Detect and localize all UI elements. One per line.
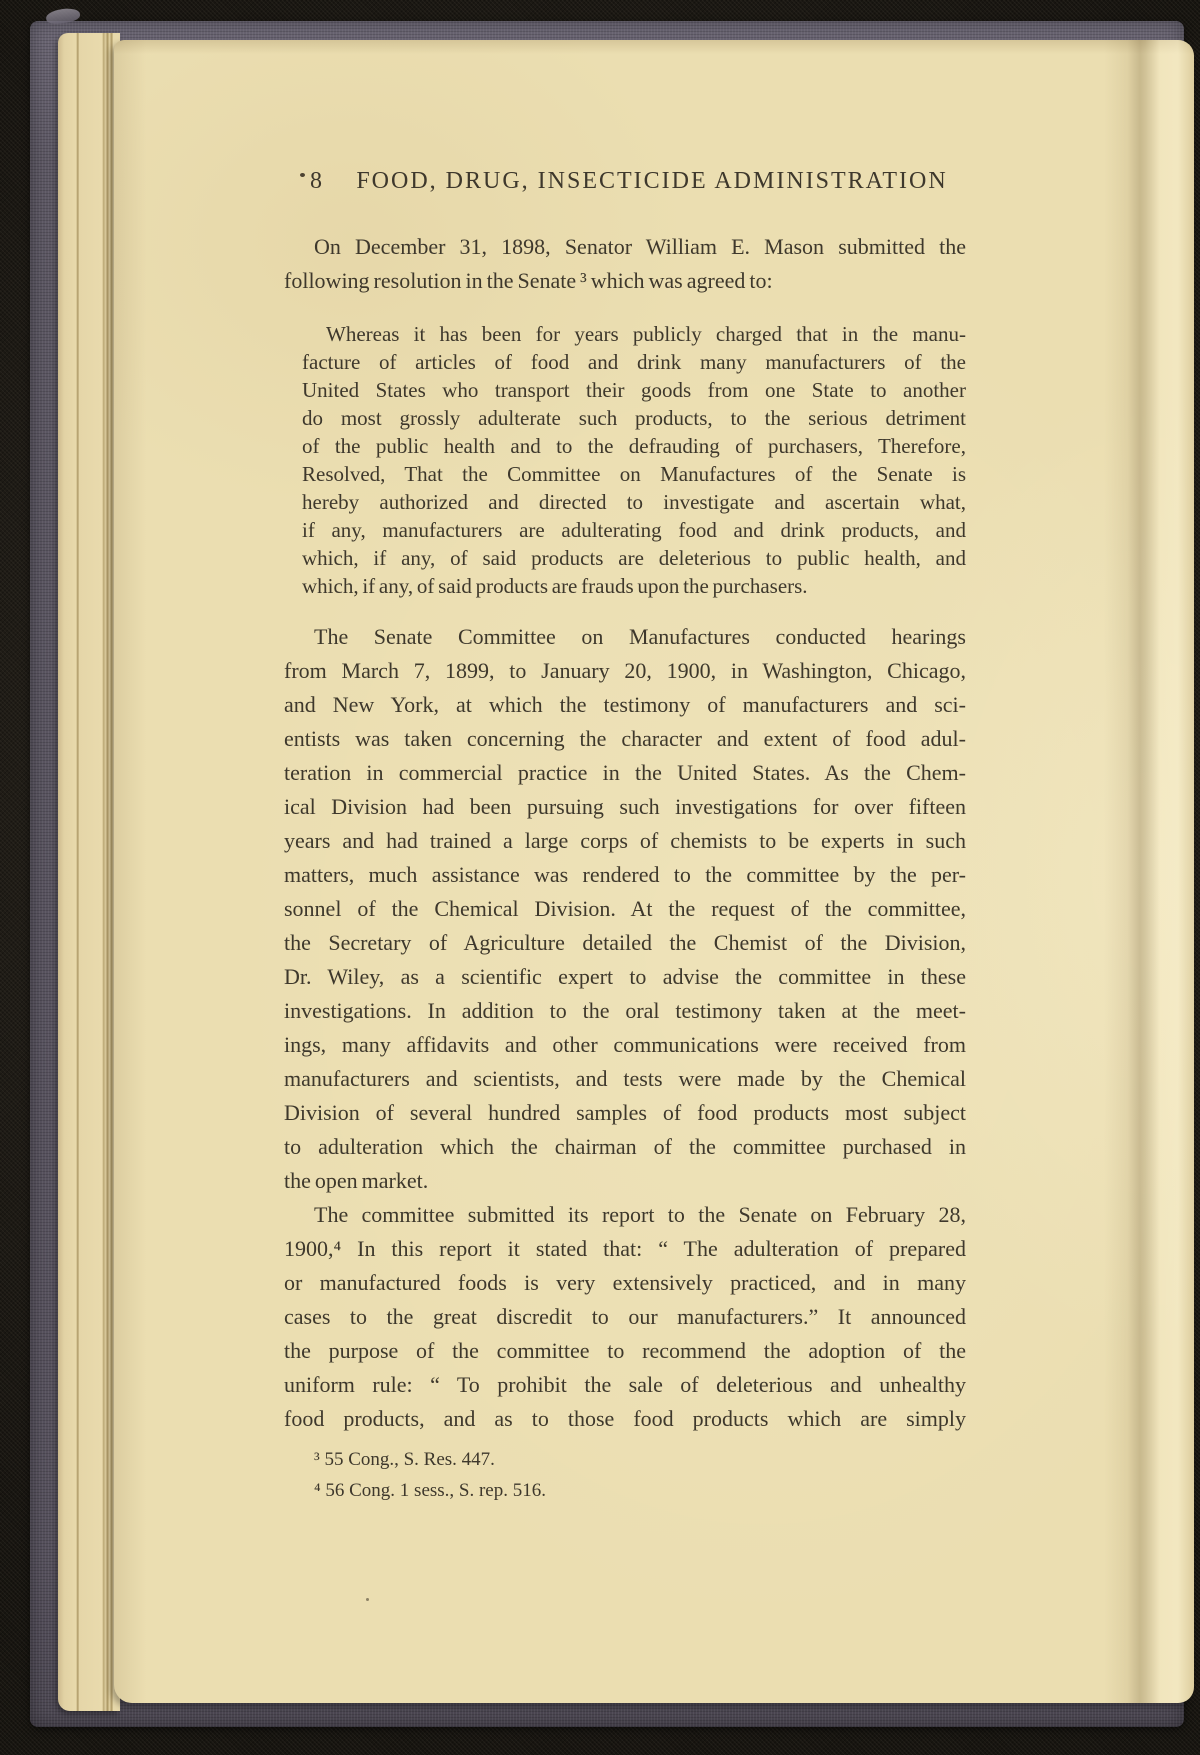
text-line: following resolution in the Senate ³ whi… (284, 264, 966, 298)
text-blocks: On December 31, 1898, Senator William E.… (284, 230, 966, 1436)
text-line: the Secretary of Agriculture detailed th… (284, 926, 966, 960)
text-line: ings, many affidavits and other communic… (284, 1028, 966, 1062)
text-line: sonnel of the Chemical Division. At the … (284, 892, 966, 926)
book-page: 8 FOOD, DRUG, INSECTICIDE ADMINISTRATION… (114, 40, 1194, 1703)
text-line: facture of articles of food and drink ma… (302, 348, 966, 376)
page-content: 8 FOOD, DRUG, INSECTICIDE ADMINISTRATION… (284, 40, 966, 1506)
text-line: The Senate Committee on Manufactures con… (284, 620, 966, 654)
text-line: manufacturers and scientists, and tests … (284, 1062, 966, 1096)
text-line: Resolved, That the Committee on Manufact… (302, 460, 966, 488)
text-line: Division of several hundred samples of f… (284, 1096, 966, 1130)
text-line: uniform rule: “ To prohibit the sale of … (284, 1368, 966, 1402)
text-line: of the public health and to the defraudi… (302, 432, 966, 460)
text-line: matters, much assistance was rendered to… (284, 858, 966, 892)
text-line: entists was taken concerning the charact… (284, 722, 966, 756)
text-line: years and had trained a large corps of c… (284, 824, 966, 858)
text-line: United States who transport their goods … (302, 376, 966, 404)
page-gutter-fold (1104, 40, 1194, 1703)
paragraph: The Senate Committee on Manufactures con… (284, 620, 966, 1198)
text-line: if any, manufacturers are adulterating f… (302, 516, 966, 544)
footnote: ³ 55 Cong., S. Res. 447. (314, 1444, 966, 1475)
page-number: 8 (310, 168, 324, 195)
text-line: hereby authorized and directed to invest… (302, 488, 966, 516)
text-line: food products, and as to those food prod… (284, 1402, 966, 1436)
text-line: to adulteration which the chairman of th… (284, 1130, 966, 1164)
text-line: ical Division had been pursuing such inv… (284, 790, 966, 824)
text-line: the open market. (284, 1164, 966, 1198)
text-line: The committee submitted its report to th… (284, 1198, 966, 1232)
paragraph: On December 31, 1898, Senator William E.… (284, 230, 966, 298)
text-line: 1900,⁴ In this report it stated that: “ … (284, 1232, 966, 1266)
page-header: 8 FOOD, DRUG, INSECTICIDE ADMINISTRATION (284, 168, 966, 198)
text-line: or manufactured foods is very extensivel… (284, 1266, 966, 1300)
book-scan-scene: 8 FOOD, DRUG, INSECTICIDE ADMINISTRATION… (0, 0, 1200, 1755)
text-line: cases to the great discredit to our manu… (284, 1300, 966, 1334)
footnote: ⁴ 56 Cong. 1 sess., S. rep. 516. (314, 1475, 966, 1506)
text-line: On December 31, 1898, Senator William E.… (284, 230, 966, 264)
text-line: which, if any, of said products are frau… (302, 572, 966, 600)
paper-speck (366, 1598, 369, 1601)
text-line: from March 7, 1899, to January 20, 1900,… (284, 654, 966, 688)
footnotes: ³ 55 Cong., S. Res. 447.⁴ 56 Cong. 1 ses… (284, 1444, 966, 1506)
text-line: do most grossly adulterate such products… (302, 404, 966, 432)
text-line: investigations. In addition to the oral … (284, 994, 966, 1028)
text-line: teration in commercial practice in the U… (284, 756, 966, 790)
page-fore-edge-stack (58, 33, 120, 1711)
paragraph: The committee submitted its report to th… (284, 1198, 966, 1436)
text-line: and New York, at which the testimony of … (284, 688, 966, 722)
text-line: Whereas it has been for years publicly c… (302, 320, 966, 348)
text-line: the purpose of the committee to recommen… (284, 1334, 966, 1368)
text-line: which, if any, of said products are dele… (302, 544, 966, 572)
running-title: FOOD, DRUG, INSECTICIDE ADMINISTRATION (324, 168, 966, 195)
text-line: Dr. Wiley, as a scientific expert to adv… (284, 960, 966, 994)
blockquote: Whereas it has been for years publicly c… (284, 320, 966, 600)
